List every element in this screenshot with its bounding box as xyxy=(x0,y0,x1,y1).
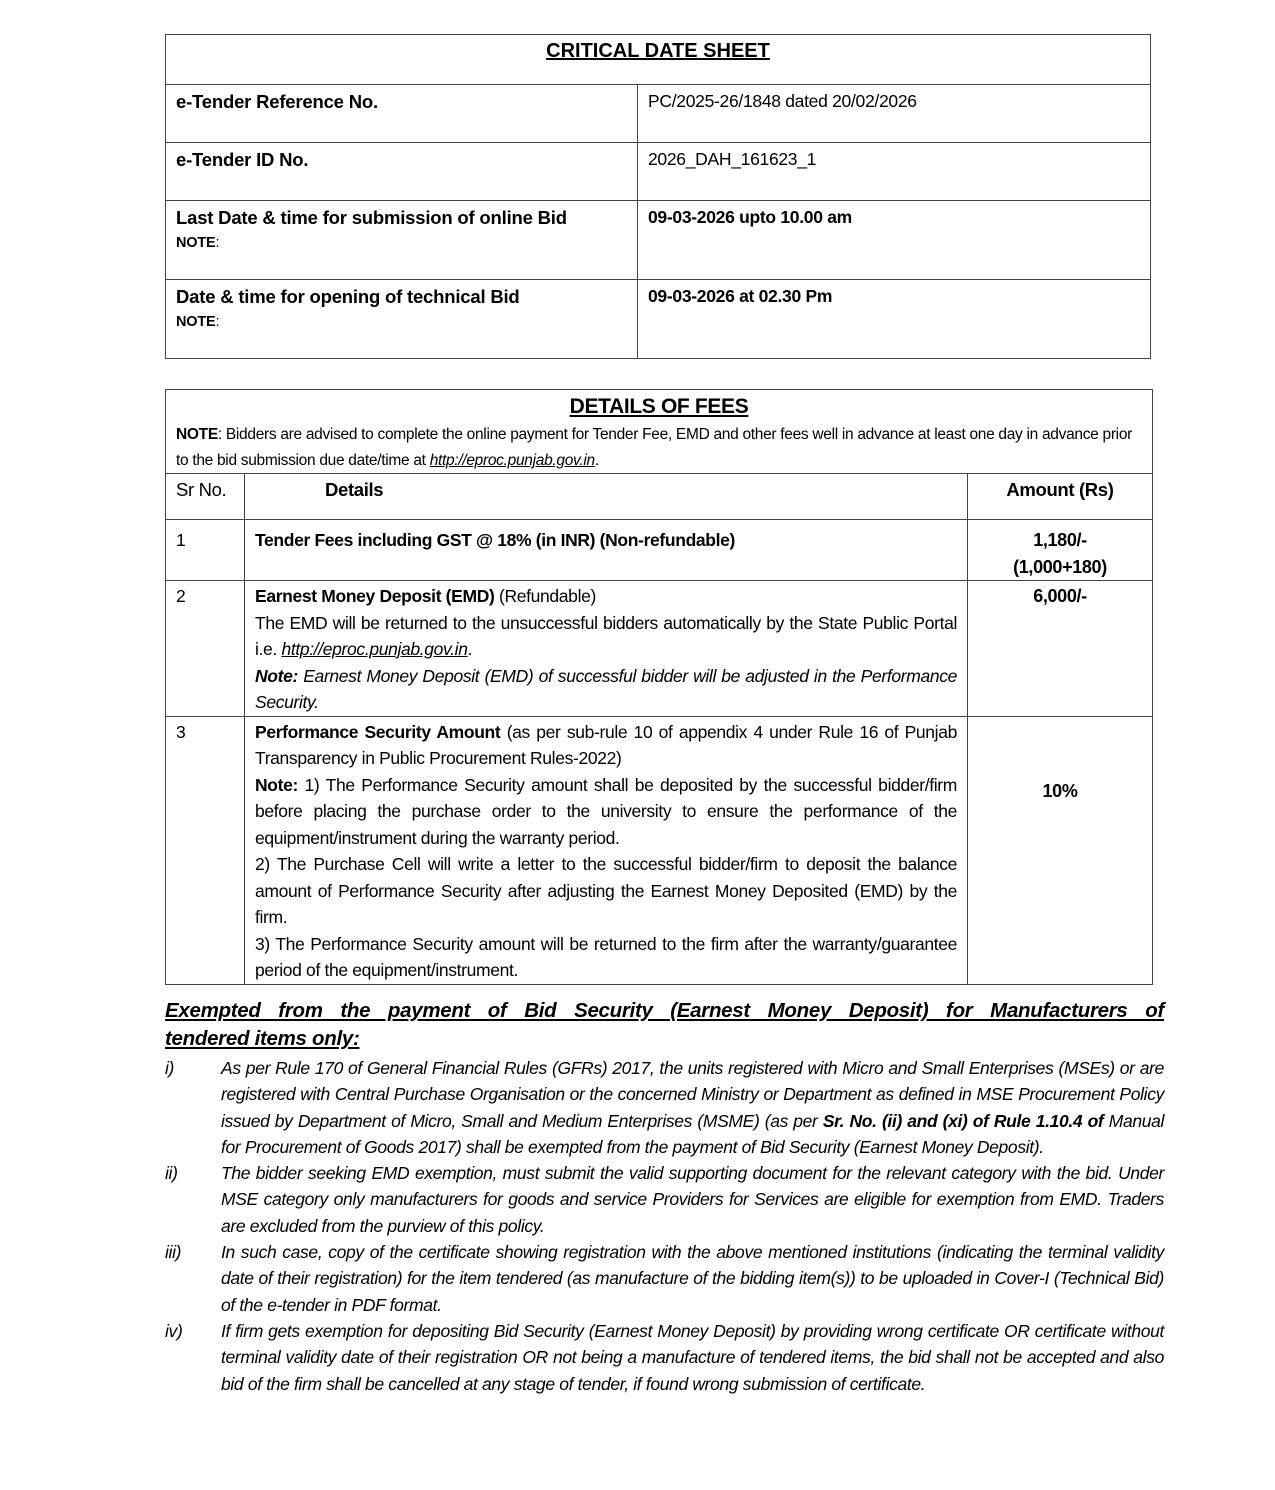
tender-fee-details: Tender Fees including GST @ 18% (in INR)… xyxy=(245,520,968,581)
list-item: ii) The bidder seeking EMD exemption, mu… xyxy=(165,1160,1164,1239)
exemption-item-text: In such case, copy of the certificate sh… xyxy=(221,1242,1164,1315)
performance-security-details: Performance Security Amount (as per sub-… xyxy=(245,716,968,984)
critical-date-sheet-title-text: CRITICAL DATE SHEET xyxy=(546,40,770,62)
fees-note-label: NOTE xyxy=(176,426,218,443)
column-header-sr: Sr No. xyxy=(166,474,245,520)
submission-date-label: Last Date & time for submission of onlin… xyxy=(176,207,567,228)
opening-date-label: Date & time for opening of technical Bid xyxy=(176,286,520,307)
exemption-item-text: The bidder seeking EMD exemption, must s… xyxy=(221,1163,1164,1236)
exemption-item-text: If firm gets exemption for depositing Bi… xyxy=(221,1321,1164,1394)
opening-note-label: NOTE xyxy=(176,314,215,330)
submission-date-value: 09-03-2026 upto 10.00 am xyxy=(638,201,1151,280)
table-row: Last Date & time for submission of onlin… xyxy=(166,201,1151,280)
table-row: 3 Performance Security Amount (as per su… xyxy=(166,716,1153,984)
list-marker: i) xyxy=(165,1055,174,1081)
emd-note-text: Earnest Money Deposit (EMD) of successfu… xyxy=(255,666,957,713)
fees-column-headers: Sr No. Details Amount (Rs) xyxy=(166,474,1153,520)
table-row: 1 Tender Fees including GST @ 18% (in IN… xyxy=(166,520,1153,581)
tender-reference-label: e-Tender Reference No. xyxy=(166,85,638,143)
list-item: iv) If firm gets exemption for depositin… xyxy=(165,1318,1164,1397)
row-sr: 2 xyxy=(166,581,245,717)
tender-fee-amount: 1,180/-(1,000+180) xyxy=(968,520,1153,581)
table-row: e-Tender Reference No. PC/2025-26/1848 d… xyxy=(166,85,1151,143)
list-item: iii) In such case, copy of the certifica… xyxy=(165,1239,1164,1318)
emd-amount: 6,000/- xyxy=(968,581,1153,717)
exemption-title-line-2: tendered items only: xyxy=(165,1027,360,1050)
performance-security-amount: 10% xyxy=(968,716,1153,984)
critical-date-sheet-table: CRITICAL DATE SHEET e-Tender Reference N… xyxy=(165,34,1151,359)
submission-date-label-cell: Last Date & time for submission of onlin… xyxy=(166,201,638,280)
exemption-title: Exempted from the payment of Bid Securit… xyxy=(165,997,1164,1053)
emd-exemption-section: Exempted from the payment of Bid Securit… xyxy=(165,997,1164,1397)
emd-title: Earnest Money Deposit (EMD) xyxy=(255,586,494,606)
fees-title: DETAILS OF FEES xyxy=(176,393,1142,421)
opening-note: NOTE: xyxy=(176,314,627,330)
fees-note: NOTE: Bidders are advised to complete th… xyxy=(176,426,1132,469)
list-item: i) As per Rule 170 of General Financial … xyxy=(165,1055,1164,1160)
exemption-list: i) As per Rule 170 of General Financial … xyxy=(165,1055,1164,1397)
table-row: e-Tender ID No. 2026_DAH_161623_1 xyxy=(166,143,1151,201)
fees-note-text: : Bidders are advised to complete the on… xyxy=(176,426,1132,469)
performance-security-note-label: Note: xyxy=(255,775,298,795)
emd-note-label: Note: xyxy=(255,666,298,686)
opening-date-value: 09-03-2026 at 02.30 Pm xyxy=(638,280,1151,359)
row-sr: 3 xyxy=(166,716,245,984)
tender-fee-amount-breakdown: (1,000+180) xyxy=(1013,557,1107,577)
tender-reference-value: PC/2025-26/1848 dated 20/02/2026 xyxy=(638,85,1151,143)
list-marker: iv) xyxy=(165,1318,182,1344)
fees-table: DETAILS OF FEES NOTE: Bidders are advise… xyxy=(165,389,1153,985)
list-marker: ii) xyxy=(165,1160,178,1186)
tender-id-value: 2026_DAH_161623_1 xyxy=(638,143,1151,201)
emd-details: Earnest Money Deposit (EMD) (Refundable)… xyxy=(245,581,968,717)
performance-security-title: Performance Security Amount xyxy=(255,722,500,742)
list-marker: iii) xyxy=(165,1239,181,1265)
emd-title-suffix: (Refundable) xyxy=(494,586,595,606)
performance-security-point-3: 3) The Performance Security amount will … xyxy=(255,934,957,981)
exemption-title-line-1: Exempted from the payment of Bid Securit… xyxy=(165,997,1164,1025)
eproc-link[interactable]: http://eproc.punjab.gov.in xyxy=(430,452,595,469)
critical-date-sheet-title: CRITICAL DATE SHEET xyxy=(166,35,1151,85)
opening-date-label-cell: Date & time for opening of technical Bid… xyxy=(166,280,638,359)
tender-id-label: e-Tender ID No. xyxy=(166,143,638,201)
exemption-item-bold-text: Sr. No. (ii) and (xi) of Rule 1.10.4 of xyxy=(823,1111,1104,1131)
column-header-amount: Amount (Rs) xyxy=(968,474,1153,520)
tender-fee-amount-value: 1,180/- xyxy=(1033,530,1087,550)
fees-header: DETAILS OF FEES NOTE: Bidders are advise… xyxy=(166,390,1153,474)
submission-note: NOTE: xyxy=(176,235,627,251)
emd-eproc-link[interactable]: http://eproc.punjab.gov.in xyxy=(281,639,467,659)
table-row: Date & time for opening of technical Bid… xyxy=(166,280,1151,359)
row-sr: 1 xyxy=(166,520,245,581)
column-header-details: Details xyxy=(245,474,968,520)
performance-security-point-1: 1) The Performance Security amount shall… xyxy=(255,775,957,848)
performance-security-point-2: 2) The Purchase Cell will write a letter… xyxy=(255,854,957,927)
table-row: 2 Earnest Money Deposit (EMD) (Refundabl… xyxy=(166,581,1153,717)
submission-note-label: NOTE xyxy=(176,235,215,251)
